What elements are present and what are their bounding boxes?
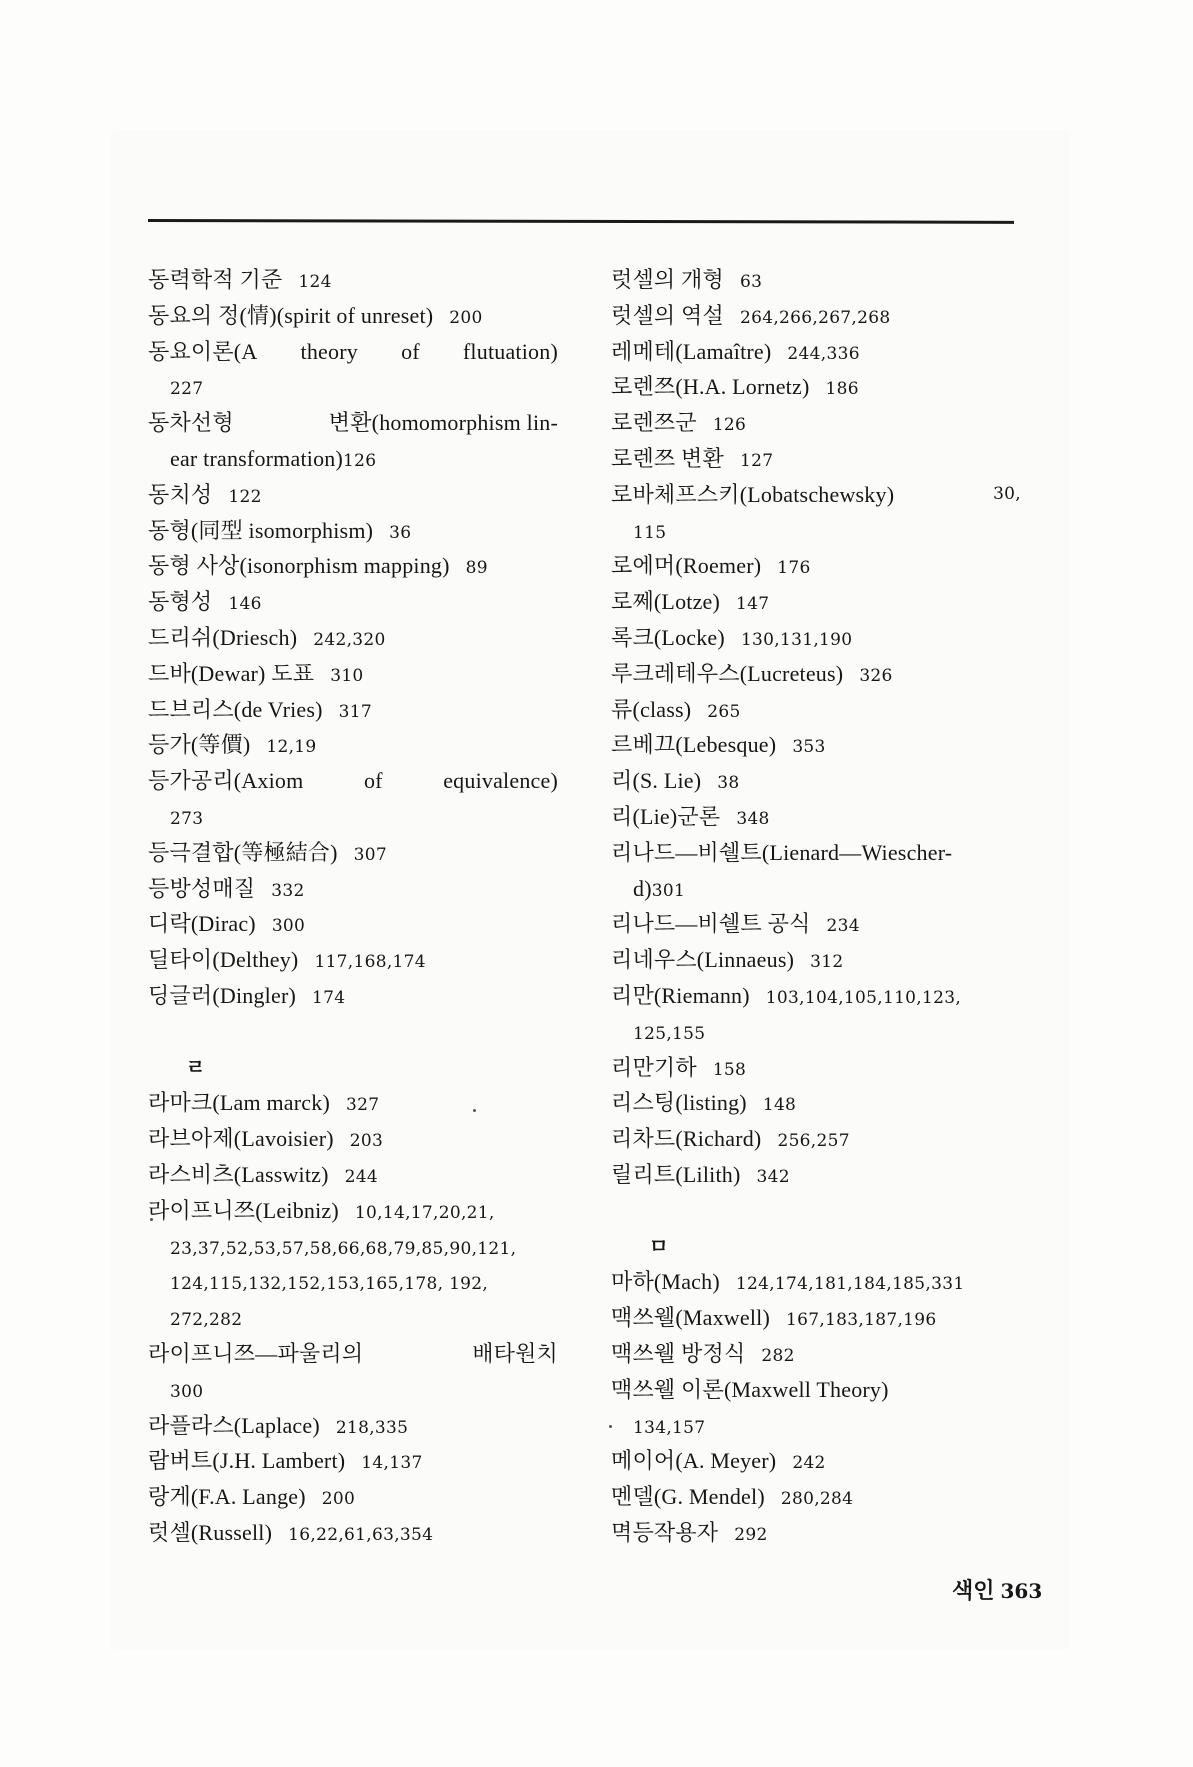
index-entry: 동력학적 기준124 (148, 262, 568, 298)
index-term: 로바체프스키(Lobatschewsky) (611, 477, 894, 513)
page-references: 134,157 (633, 1418, 705, 1438)
page-references: 203 (350, 1131, 383, 1151)
index-entry: 드바(Dewar) 도표310 (148, 656, 568, 692)
index-entry: 라이프니쯔—파울리의배타원치 (148, 1336, 558, 1372)
page-references: 300 (272, 916, 305, 936)
index-entry: 맥쓰웰 이론(Maxwell Theory) (611, 1372, 1031, 1408)
index-entry: 멘델(G. Mendel)280,284 (611, 1479, 1031, 1515)
index-entry: 로바체프스키(Lobatschewsky)30, (611, 477, 1021, 513)
index-term: 로쩨(Lotze) (611, 589, 720, 614)
index-term: 리네우스(Linnaeus) (611, 947, 794, 972)
page-references: 12,19 (266, 737, 316, 757)
page-references: 280,284 (781, 1489, 853, 1509)
index-entry: 마하(Mach)124,174,181,184,185,331 (611, 1264, 1031, 1300)
index-term: 라브아제(Lavoisier) (148, 1126, 334, 1151)
index-column-right: 럿셀의 개형63럿셀의 역설264,266,267,268레메테(Lamaîtr… (611, 262, 1031, 1551)
index-entry: 리만(Riemann)103,104,105,110,123, (611, 978, 1031, 1014)
index-term: 로렌쯔군 (611, 410, 697, 435)
page-references: 130,131,190 (741, 630, 852, 650)
scan-speck (609, 1425, 612, 1428)
page-references: 282 (761, 1346, 794, 1366)
index-term: 동형성 (148, 589, 212, 614)
index-entry: 로쩨(Lotze)147 (611, 584, 1031, 620)
index-term: 록크(Locke) (611, 625, 725, 650)
index-entry: 동치성122 (148, 477, 568, 513)
page-references: 125,155 (633, 1024, 705, 1044)
index-term-part: 배타원치 (472, 1336, 558, 1372)
index-entry: 류(class)265 (611, 692, 1031, 728)
page-references: 89 (466, 558, 488, 578)
index-entry: 등극결합(等極結合)307 (148, 835, 568, 871)
index-entry: 동요이론(Atheoryofflutuation) (148, 334, 558, 370)
index-entry-continuation: 300 (148, 1372, 568, 1408)
index-entry-continuation: d)301 (611, 871, 1031, 907)
page-references: 36 (389, 523, 411, 543)
index-entry: 메이어(A. Meyer)242 (611, 1443, 1031, 1479)
index-entry-continuation: 124,115,132,152,153,165,178, 192, (148, 1264, 568, 1300)
page-references: 327 (346, 1095, 379, 1115)
index-entry: 동형(同型 isomorphism)36 (148, 513, 568, 549)
index-entry: 리만기하158 (611, 1050, 1031, 1086)
index-term: 럿셀의 개형 (611, 267, 724, 292)
index-term: 동력학적 기준 (148, 267, 282, 292)
index-term: 레메테(Lamaître) (611, 339, 771, 364)
index-term: 라마크(Lam marck) (148, 1090, 330, 1115)
index-term: 리스팅(listing) (611, 1090, 747, 1115)
page-references: 342 (757, 1167, 790, 1187)
section-letter: ㄹ (186, 1050, 568, 1086)
page-references: 146 (228, 594, 261, 614)
index-entry: 등가(等價)12,19 (148, 727, 568, 763)
index-entry-continuation: ear transformation)126 (148, 441, 568, 477)
index-term: 리(Lie)군론 (611, 804, 720, 829)
page-references: 167,183,187,196 (786, 1310, 937, 1330)
page-references: 256,257 (777, 1131, 849, 1151)
index-term-part: of (401, 334, 420, 370)
index-term: d) (633, 876, 652, 901)
index-entry: 디락(Dirac)300 (148, 906, 568, 942)
index-entry: 럿셀(Russell)16,22,61,63,354 (148, 1515, 568, 1551)
page-references: 307 (354, 845, 387, 865)
page-references: 332 (271, 881, 304, 901)
page-references: 244 (345, 1167, 378, 1187)
index-term: 맥쓰웰 방정식 (611, 1341, 745, 1366)
index-term: 람버트(J.H. Lambert) (148, 1448, 345, 1473)
index-term-part: flutuation) (463, 334, 558, 370)
page-references: 126 (343, 451, 376, 471)
page-references: 127 (740, 451, 773, 471)
index-entry: 록크(Locke)130,131,190 (611, 620, 1031, 656)
page-references: 317 (339, 702, 372, 722)
index-term: 드바(Dewar) 도표 (148, 661, 314, 686)
page-references: 242,320 (313, 630, 385, 650)
index-entry: 맥쓰웰 방정식282 (611, 1336, 1031, 1372)
index-term: 딜타이(Delthey) (148, 947, 298, 972)
index-term: 루크레테우스(Lucreteus) (611, 661, 843, 686)
index-term: ear transformation) (170, 446, 343, 471)
section-heading: ㄹ (148, 1014, 568, 1086)
page-references: 126 (713, 415, 746, 435)
index-term: 리만기하 (611, 1055, 697, 1080)
index-term: 로렌쯔 변환 (611, 446, 724, 471)
index-term: 라스비츠(Lasswitz) (148, 1162, 329, 1187)
index-entry: 리네우스(Linnaeus)312 (611, 942, 1031, 978)
index-entry: 리스팅(listing)148 (611, 1085, 1031, 1121)
index-entry-continuation: 125,155 (611, 1014, 1031, 1050)
index-entry: 로렌쯔군126 (611, 405, 1031, 441)
page-references: 227 (170, 379, 203, 399)
section-heading: ㅁ (611, 1193, 1031, 1265)
page-references: 273 (170, 809, 203, 829)
index-entry: 라플라스(Laplace)218,335 (148, 1408, 568, 1444)
index-entry: 릴리트(Lilith)342 (611, 1157, 1031, 1193)
page-references: 218,335 (336, 1418, 408, 1438)
page-references: 326 (859, 666, 892, 686)
index-term: 맥쓰웰 이론(Maxwell Theory) (611, 1377, 889, 1402)
index-term: 동치성 (148, 482, 212, 507)
page-references: 186 (826, 379, 859, 399)
page-references: 122 (228, 487, 261, 507)
page-references: 124 (298, 272, 331, 292)
index-term: 맥쓰웰(Maxwell) (611, 1305, 770, 1330)
index-term: 류(class) (611, 697, 691, 722)
page-references: 310 (330, 666, 363, 686)
index-entry-continuation: 272,282 (148, 1300, 568, 1336)
index-term: 등가(等價) (148, 732, 250, 757)
index-term-part: 등가공리(Axiom (148, 763, 303, 799)
index-entry: 리(S. Lie)38 (611, 763, 1031, 799)
page-references: 353 (792, 737, 825, 757)
index-entry: 라이프니쯔(Leibniz)10,14,17,20,21, (148, 1193, 568, 1229)
index-entry: 라브아제(Lavoisier)203 (148, 1121, 568, 1157)
page-references: 30, (993, 477, 1021, 513)
index-term: 릴리트(Lilith) (611, 1162, 741, 1187)
index-entry: 로에머(Roemer)176 (611, 548, 1031, 584)
index-term: 동요의 정(情)(spirit of unreset) (148, 303, 433, 328)
page-references: 124,115,132,152,153,165,178, 192, (170, 1274, 488, 1294)
page-references: 103,104,105,110,123, (766, 988, 961, 1008)
page-references: 147 (736, 594, 769, 614)
index-entry: 리나드—비쉘트 공식234 (611, 906, 1031, 942)
index-term: 리나드—비쉘트 공식 (611, 911, 811, 936)
index-term: 리나드—비쉘트(Lienard—Wiescher- (611, 840, 952, 865)
page-references: 292 (734, 1525, 767, 1545)
index-column-left: 동력학적 기준124동요의 정(情)(spirit of unreset)200… (148, 262, 568, 1551)
index-entry: 등방성매질332 (148, 871, 568, 907)
index-entry-continuation: 115 (611, 513, 1031, 549)
index-term: 마하(Mach) (611, 1269, 720, 1294)
index-entry: 레메테(Lamaître)244,336 (611, 334, 1031, 370)
index-entry: 멱등작용자292 (611, 1515, 1031, 1551)
page-references: 176 (777, 558, 810, 578)
page-references: 200 (322, 1489, 355, 1509)
page-footer: 색인363 (952, 1574, 1042, 1605)
index-term-part: theory (301, 334, 358, 370)
index-term: 랑게(F.A. Lange) (148, 1484, 306, 1509)
index-term: 디락(Dirac) (148, 911, 256, 936)
index-entry: 동차선형변환(homomorphism lin- (148, 405, 558, 441)
index-entry-continuation: 227 (148, 369, 568, 405)
index-term-part: equivalence) (443, 763, 558, 799)
page-references: 312 (810, 952, 843, 972)
index-term: 리만(Riemann) (611, 983, 750, 1008)
page-references: 234 (827, 916, 860, 936)
index-entry: 리나드—비쉘트(Lienard—Wiescher- (611, 835, 1031, 871)
page-references: 16,22,61,63,354 (288, 1525, 433, 1545)
index-term: 메이어(A. Meyer) (611, 1448, 776, 1473)
page-references: 301 (652, 881, 685, 901)
index-entry: 딜타이(Delthey)117,168,174 (148, 942, 568, 978)
page-references: 63 (740, 272, 762, 292)
page-references: 14,137 (361, 1453, 422, 1473)
index-entry: 럿셀의 역설264,266,267,268 (611, 298, 1031, 334)
index-term: 리차드(Richard) (611, 1126, 761, 1151)
index-term: 라이프니쯔(Leibniz) (148, 1198, 339, 1223)
index-entry: 드브리스(de Vries)317 (148, 692, 568, 728)
index-term: 라플라스(Laplace) (148, 1413, 320, 1438)
index-term-part: 라이프니쯔—파울리의 (148, 1336, 363, 1372)
page-number: 363 (1001, 1579, 1043, 1603)
index-term: 멱등작용자 (611, 1520, 718, 1545)
section-letter: ㅁ (649, 1229, 1031, 1265)
page-references: 23,37,52,53,57,58,66,68,79,85,90,121, (170, 1239, 516, 1259)
footer-label: 색인 (952, 1579, 995, 1604)
index-entry: 루크레테우스(Lucreteus)326 (611, 656, 1031, 692)
scan-speck (473, 1109, 476, 1112)
index-entry: 리(Lie)군론348 (611, 799, 1031, 835)
index-entry: 맥쓰웰(Maxwell)167,183,187,196 (611, 1300, 1031, 1336)
index-entry: 등가공리(Axiomofequivalence) (148, 763, 558, 799)
index-term: 드브리스(de Vries) (148, 697, 323, 722)
index-entry: 라스비츠(Lasswitz)244 (148, 1157, 568, 1193)
index-entry: 르베끄(Lebesque)353 (611, 727, 1031, 763)
index-term: 럿셀의 역설 (611, 303, 724, 328)
index-entry: 동형성146 (148, 584, 568, 620)
index-term: 로에머(Roemer) (611, 553, 761, 578)
index-entry: 로렌쯔 변환127 (611, 441, 1031, 477)
index-entry: 동요의 정(情)(spirit of unreset)200 (148, 298, 568, 334)
index-term: 등극결합(等極結合) (148, 840, 338, 865)
page-references: 38 (717, 773, 739, 793)
index-entry: 로렌쯔(H.A. Lornetz)186 (611, 369, 1031, 405)
page-references: 264,266,267,268 (740, 308, 891, 328)
index-term: 르베끄(Lebesque) (611, 732, 776, 757)
page-references: 242 (792, 1453, 825, 1473)
page-references: 265 (707, 702, 740, 722)
page-references: 300 (170, 1382, 203, 1402)
index-term-part: 동요이론(A (148, 334, 257, 370)
page-references: 124,174,181,184,185,331 (736, 1274, 965, 1294)
index-entry-continuation: 134,157 (611, 1408, 1031, 1444)
page-references: 348 (736, 809, 769, 829)
index-term: 등방성매질 (148, 876, 255, 901)
page-references: 174 (312, 988, 345, 1008)
index-entry: 딩글러(Dingler)174 (148, 978, 568, 1014)
scan-speck (150, 1218, 153, 1221)
index-term: 로렌쯔(H.A. Lornetz) (611, 374, 810, 399)
index-term: 멘델(G. Mendel) (611, 1484, 765, 1509)
page-references: 200 (449, 308, 482, 328)
index-entry: 랑게(F.A. Lange)200 (148, 1479, 568, 1515)
index-term: 딩글러(Dingler) (148, 983, 296, 1008)
page-references: 272,282 (170, 1310, 242, 1330)
index-term: 럿셀(Russell) (148, 1520, 272, 1545)
index-entry: 람버트(J.H. Lambert)14,137 (148, 1443, 568, 1479)
index-entry: 동형 사상(isonorphism mapping)89 (148, 548, 568, 584)
index-entry: 럿셀의 개형63 (611, 262, 1031, 298)
index-term: 드리쉬(Driesch) (148, 625, 297, 650)
page-references: 158 (713, 1060, 746, 1080)
page-references: 115 (633, 523, 666, 543)
index-entry: 드리쉬(Driesch)242,320 (148, 620, 568, 656)
index-term: 리(S. Lie) (611, 768, 701, 793)
index-term-part: of (364, 763, 383, 799)
page-references: 148 (763, 1095, 796, 1115)
index-entry: 리차드(Richard)256,257 (611, 1121, 1031, 1157)
page-references: 10,14,17,20,21, (355, 1203, 495, 1223)
index-entry-continuation: 273 (148, 799, 568, 835)
page-references: 244,336 (787, 344, 859, 364)
index-term: 동형(同型 isomorphism) (148, 518, 373, 543)
index-term-part: 변환(homomorphism lin- (329, 405, 558, 441)
page-references: 117,168,174 (314, 952, 425, 972)
index-term-part: 동차선형 (148, 405, 234, 441)
index-entry-continuation: 23,37,52,53,57,58,66,68,79,85,90,121, (148, 1229, 568, 1265)
index-term: 동형 사상(isonorphism mapping) (148, 553, 450, 578)
index-entry: 라마크(Lam marck)327 (148, 1085, 568, 1121)
